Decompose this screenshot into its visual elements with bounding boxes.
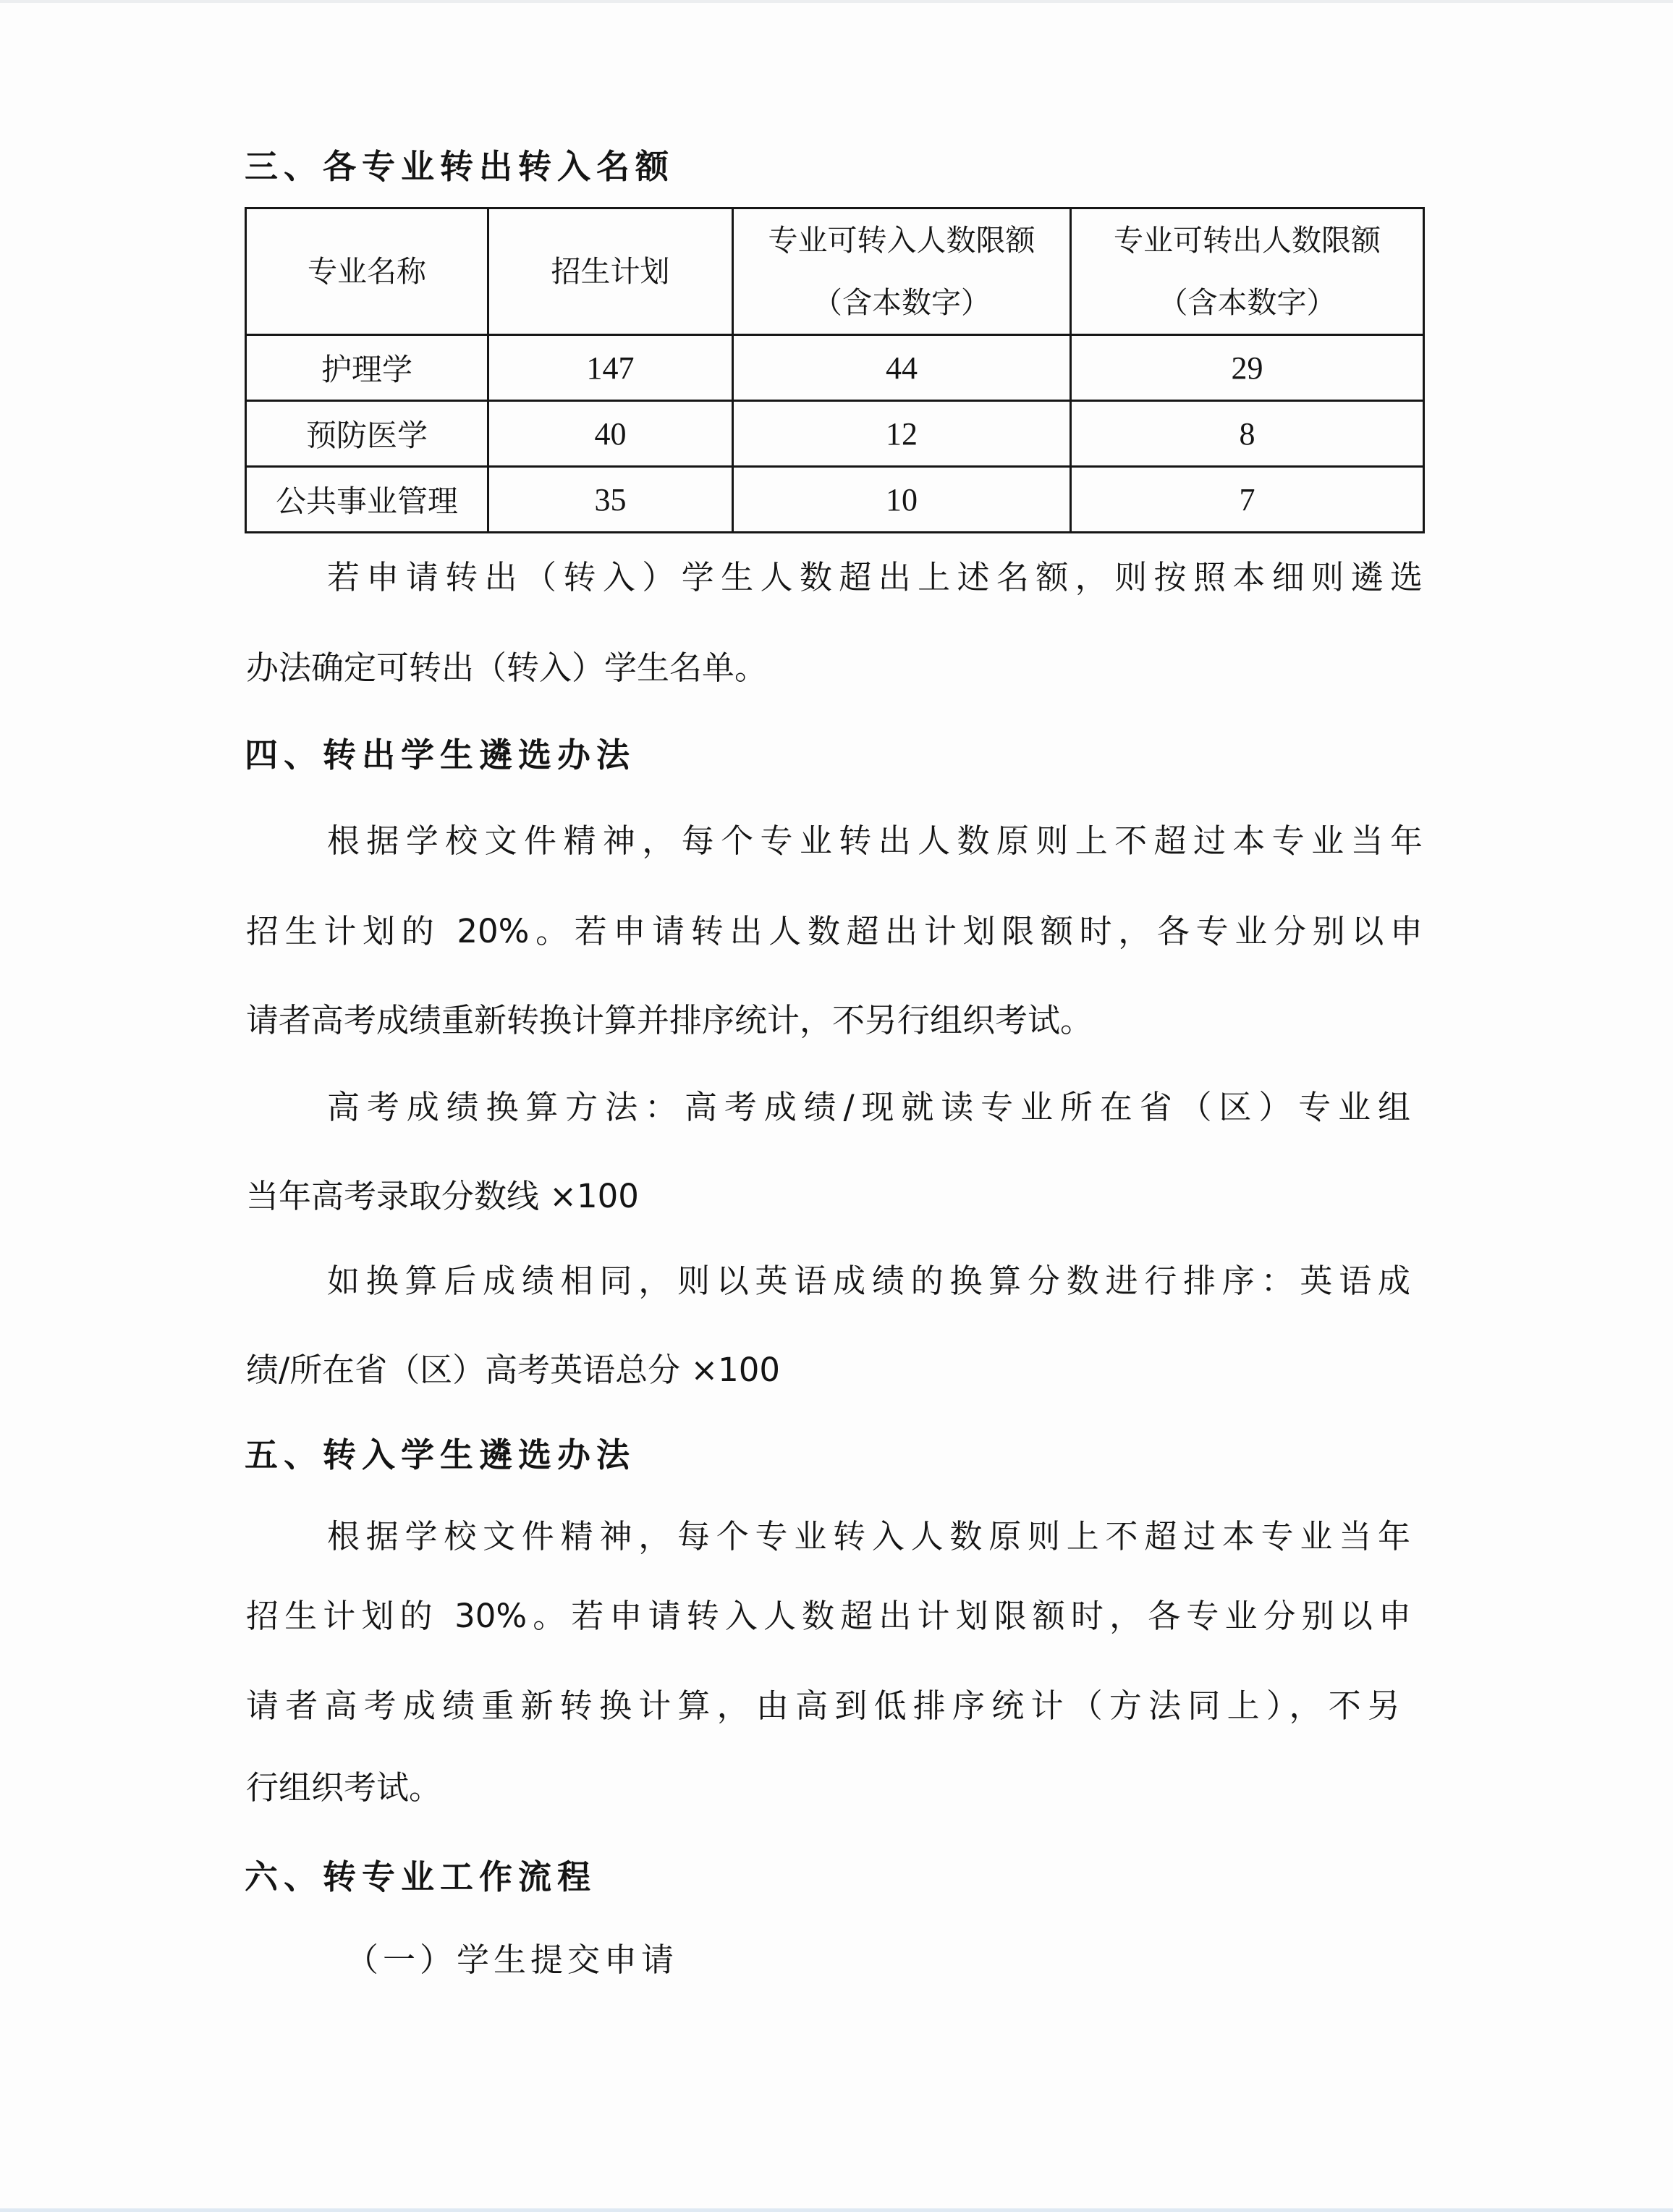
- scan-edge-top: [0, 0, 1673, 3]
- cell-plan: 40: [488, 401, 733, 467]
- table-row: 预防医学 40 12 8: [246, 401, 1424, 467]
- paragraph-line: 若申请转出（转入）学生人数超出上述名额，则按照本细则遴选: [327, 552, 1423, 603]
- table-row: 护理学 147 44 29: [246, 335, 1424, 401]
- paragraph-line: 绩/所在省（区）高考英语总分 ×100: [246, 1345, 780, 1396]
- header-transfer-out-limit: 专业可转出人数限额 （含本数字）: [1071, 208, 1424, 335]
- header-major-name: 专业名称: [246, 208, 488, 335]
- paragraph-line: 请者高考成绩重新转换计算，由高到低排序统计（方法同上），不另: [246, 1681, 1400, 1731]
- cell-transfer-out-limit: 8: [1071, 401, 1424, 467]
- paragraph-line: 招生计划的 30%。若申请转入人数超出计划限额时，各专业分别以申: [246, 1591, 1411, 1642]
- header-enrollment-plan: 招生计划: [488, 208, 733, 335]
- section-heading-6: 六、转专业工作流程: [245, 1852, 596, 1902]
- scan-edge-bottom: [0, 2208, 1673, 2212]
- section-heading-3: 三、各专业转出转入名额: [245, 141, 674, 192]
- cell-transfer-out-limit: 29: [1071, 335, 1424, 401]
- cell-major: 预防医学: [246, 401, 488, 467]
- cell-transfer-in-limit: 12: [733, 401, 1071, 467]
- cell-major: 公共事业管理: [246, 467, 488, 533]
- subsection-heading: （一）学生提交申请: [346, 1935, 678, 1985]
- paragraph-line: 当年高考录取分数线 ×100: [246, 1171, 639, 1222]
- paragraph-line: 根据学校文件精神，每个专业转出人数原则上不超过本专业当年: [327, 816, 1423, 866]
- paragraph-line: 办法确定可转出（转入）学生名单。: [246, 643, 767, 693]
- table-row: 公共事业管理 35 10 7: [246, 467, 1424, 533]
- transfer-quota-table: 专业名称 招生计划 专业可转入人数限额 （含本数字） 专业可转出人数限额 （含本…: [245, 207, 1425, 533]
- paragraph-line: 行组织考试。: [246, 1763, 441, 1813]
- paragraph-line: 根据学校文件精神，每个专业转入人数原则上不超过本专业当年: [327, 1511, 1410, 1562]
- paragraph-line: 招生计划的 20%。若申请转出人数超出计划限额时，各专业分别以申: [246, 906, 1423, 957]
- paragraph-line: 如换算后成绩相同，则以英语成绩的换算分数进行排序：英语成: [327, 1256, 1410, 1306]
- paragraph-line: 请者高考成绩重新转换计算并排序统计，不另行组织考试。: [246, 995, 1093, 1046]
- cell-transfer-in-limit: 10: [733, 467, 1071, 533]
- cell-transfer-out-limit: 7: [1071, 467, 1424, 533]
- paragraph-line: 高考成绩换算方法：高考成绩/现就读专业所在省（区）专业组: [327, 1082, 1410, 1133]
- table-header-row: 专业名称 招生计划 专业可转入人数限额 （含本数字） 专业可转出人数限额 （含本…: [246, 208, 1424, 335]
- cell-plan: 147: [488, 335, 733, 401]
- cell-major: 护理学: [246, 335, 488, 401]
- section-heading-4: 四、转出学生遴选办法: [245, 730, 635, 780]
- cell-plan: 35: [488, 467, 733, 533]
- header-transfer-in-limit: 专业可转入人数限额 （含本数字）: [733, 208, 1071, 335]
- cell-transfer-in-limit: 44: [733, 335, 1071, 401]
- section-heading-5: 五、转入学生遴选办法: [245, 1430, 635, 1480]
